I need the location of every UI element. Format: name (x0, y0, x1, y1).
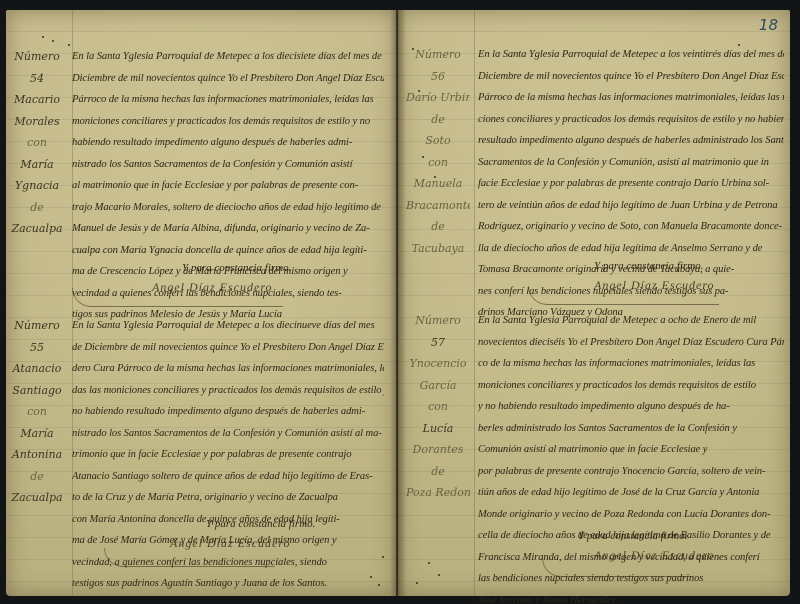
text-line: dero Cura Párroco de la misma hechas las… (72, 358, 384, 380)
groom-origin: Soto (406, 130, 470, 152)
text-line: Comunión asistí al matrimonio que in fac… (478, 439, 784, 461)
preposition: de (406, 216, 470, 238)
conjunction: con (6, 132, 68, 154)
paper-speck (738, 44, 740, 46)
bride-first-name: Manuela (406, 173, 470, 195)
conjunction: con (406, 396, 470, 418)
bride-first-name: María (6, 423, 68, 445)
paper-speck (418, 90, 420, 92)
text-line: Diciembre de mil novecientos quince Yo e… (72, 68, 384, 90)
text-line: moniciones conciliares y practicados los… (72, 111, 384, 133)
text-line: nistrado los Santos Sacramentos de la Co… (72, 423, 384, 445)
page-number: 18 (759, 16, 778, 34)
paper-speck (434, 176, 436, 178)
text-line: En la Santa Yglesia Parroquial de Metepe… (72, 315, 384, 337)
text-line: Rodríguez, originario y vecino de Soto, … (478, 216, 784, 238)
text-line: trajo Macario Morales, soltero de diecio… (72, 197, 384, 219)
signature-flourish (104, 548, 275, 567)
paper-speck (68, 44, 70, 46)
text-line: En la Santa Yglesia Parroquial de Metepe… (478, 310, 784, 332)
text-line: cualpa con María Ygnacia doncella de qui… (72, 240, 384, 262)
closing-formula: Y para constancia firmo. (594, 260, 703, 272)
place-name: Zacualpa (6, 218, 68, 240)
text-line: resultado impedimento alguno después de … (478, 130, 784, 152)
entry-number-label: Número (406, 44, 470, 66)
preposition: de (406, 461, 470, 483)
bride-first-name: María (6, 154, 68, 176)
entry-number-label: Número (406, 310, 470, 332)
entry-margin-note: Número 54 Macario Morales con María Ygna… (6, 46, 68, 240)
closing-formula: Y para constancia firmo. (578, 530, 687, 542)
bride-first-name: Lucía (406, 418, 470, 440)
entry-number: 54 (6, 68, 68, 90)
text-line: y no habiendo resultado impedimento algu… (478, 396, 784, 418)
bride-surname: Dorantes (406, 439, 470, 461)
text-line: Manuel de Jesús y de María Albina, difun… (72, 218, 384, 240)
text-line: novecientos dieciséis Yo el Presbítero D… (478, 332, 784, 354)
paper-speck (416, 582, 418, 584)
closing-formula: Y para constancia firmo. (206, 518, 315, 530)
groom-surname: Morales (6, 111, 68, 133)
entry-margin-note: Número 57 Ynocencio García con Lucía Dor… (406, 310, 470, 504)
text-line: Diciembre de mil novecientos quince Yo e… (478, 66, 784, 88)
entry-number: 57 (406, 332, 470, 354)
groom-first-name: Ynocencio (406, 353, 470, 375)
text-line: nistrado los Santos Sacramentos de la Co… (72, 154, 384, 176)
text-line: das las moniciones conciliares y practic… (72, 380, 384, 402)
bride-second-name: Ygnacia (6, 175, 68, 197)
entry-margin-note: Número 56 Darío Urbina de Soto con Manue… (406, 44, 470, 259)
entry-number-label: Número (6, 315, 68, 337)
preposition: de (6, 197, 68, 219)
groom-surname: García (406, 375, 470, 397)
entry-number-label: Número (6, 46, 68, 68)
text-line: al matrimonio que in facie Ecclesiae y p… (72, 175, 384, 197)
register-book: Número 54 Macario Morales con María Ygna… (6, 10, 794, 596)
paper-speck (378, 584, 380, 586)
text-line: Párroco de la misma hechas las informaci… (72, 89, 384, 111)
text-line: moniciones conciliares y practicados los… (478, 375, 784, 397)
place-name: Tacubaya (406, 238, 470, 260)
text-line: berles administrado los Santos Sacrament… (478, 418, 784, 440)
right-page: 18 Número 56 Darío Urbina de Soto con Ma… (398, 10, 790, 596)
text-line: En la Santa Yglesia Parroquial de Metepe… (478, 44, 784, 66)
text-line: trimonio que in facie Ecclesiae y por pa… (72, 444, 384, 466)
bride-surname: Bracamonte (406, 195, 470, 217)
signature-flourish (72, 288, 283, 307)
paper-speck (412, 48, 414, 50)
text-line: testigos sus padrinos Agustín Santiago y… (72, 573, 384, 595)
signature-flourish (542, 558, 693, 577)
text-line: José Serrano y Juana Hernández. (478, 590, 784, 604)
entry-number: 55 (6, 337, 68, 359)
preposition: de (406, 109, 470, 131)
text-line: to de la Cruz y de María Petra, originar… (72, 487, 384, 509)
groom-first-name: Atanacio (6, 358, 68, 380)
paper-speck (438, 574, 440, 576)
paper-speck (382, 556, 384, 558)
paper-speck (428, 562, 430, 564)
paper-speck (52, 40, 54, 42)
text-line: habiendo resultado impedimento alguno de… (72, 132, 384, 154)
text-line: tero de veintiún años de edad hijo legít… (478, 195, 784, 217)
book-gutter (390, 10, 406, 596)
conjunction: con (6, 401, 68, 423)
text-line: Sacramentos de la Confesión y Comunión, … (478, 152, 784, 174)
place-name: Poza Redonda (406, 482, 470, 504)
entry-number: 56 (406, 66, 470, 88)
text-line: Monde originario y vecino de Poza Redond… (478, 504, 784, 526)
text-line: Atanacio Santiago soltero de quince años… (72, 466, 384, 488)
groom-name: Darío Urbina (406, 87, 470, 109)
paper-speck (370, 576, 372, 578)
text-line: Párroco de la misma hechas las informaci… (478, 87, 784, 109)
closing-formula: Y para constancia firmo. (182, 262, 291, 274)
place-name: Zacualpa (6, 487, 68, 509)
text-line: facie Ecclesiae y por palabras de presen… (478, 173, 784, 195)
groom-surname: Santiago (6, 380, 68, 402)
text-line: co de la misma hechas las informaciones … (478, 353, 784, 375)
paper-speck (42, 36, 44, 38)
text-line: de Diciembre de mil novecientos quince Y… (72, 337, 384, 359)
left-page: Número 54 Macario Morales con María Ygna… (6, 10, 396, 596)
preposition: de (6, 466, 68, 488)
bride-second-name: Antonina (6, 444, 68, 466)
text-line: tiún años de edad hijo legítimo de José … (478, 482, 784, 504)
signature-flourish (528, 286, 719, 305)
paper-speck (422, 156, 424, 158)
text-line: lla de dieciocho años de edad hija legít… (478, 238, 784, 260)
text-line: ciones conciliares y practicados los dem… (478, 109, 784, 131)
text-line: por palabras de presente contrajo Ynocen… (478, 461, 784, 483)
text-line: no habiendo resultado impedimento alguno… (72, 401, 384, 423)
conjunction: con (406, 152, 470, 174)
text-line: En la Santa Yglesia Parroquial de Metepe… (72, 46, 384, 68)
entry-margin-note: Número 55 Atanacio Santiago con María An… (6, 315, 68, 509)
groom-first-name: Macario (6, 89, 68, 111)
